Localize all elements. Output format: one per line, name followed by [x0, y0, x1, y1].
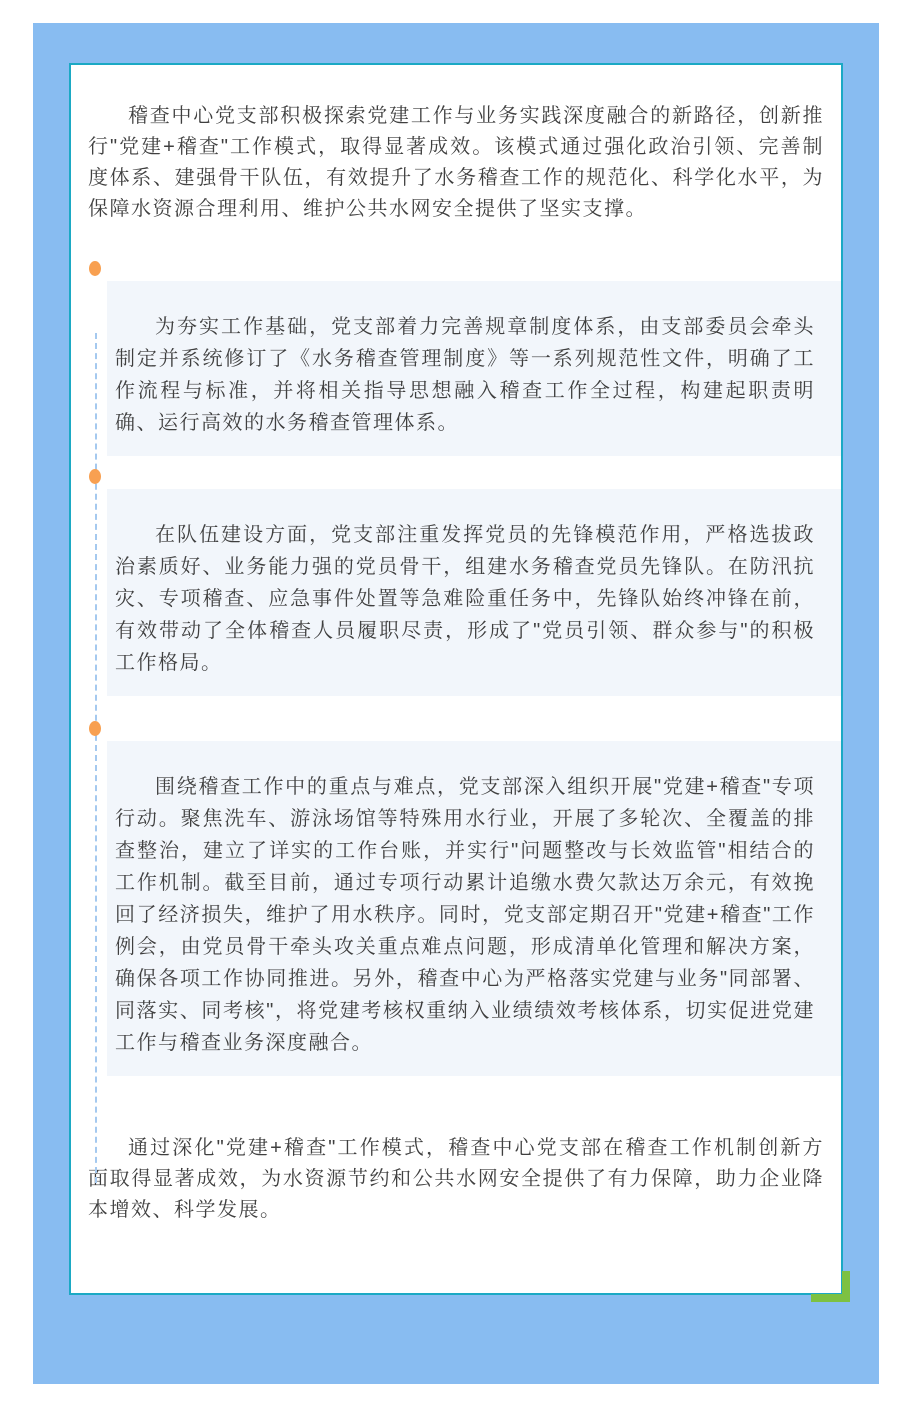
timeline-section: 为夯实工作基础，党支部着力完善规章制度体系，由支部委员会牵头制定并系统修订了《水… [71, 281, 841, 456]
conclusion-paragraph: 通过深化"党建+稽查"工作模式，稽查中心党支部在稽查工作机制创新方面取得显著成效… [88, 1133, 824, 1226]
corner-accent-icon [811, 1271, 850, 1302]
timeline-section: 在队伍建设方面，党支部注重发挥党员的先锋模范作用，严格选拔政治素质好、业务能力强… [71, 489, 841, 696]
highlight-block: 围绕稽查工作中的重点与难点，党支部深入组织开展"党建+稽查"专项行动。聚焦洗车、… [107, 741, 841, 1076]
timeline-dot-icon [89, 469, 101, 484]
timeline-dot-icon [89, 721, 101, 736]
highlight-block: 为夯实工作基础，党支部着力完善规章制度体系，由支部委员会牵头制定并系统修订了《水… [107, 281, 841, 456]
article-card: 稽查中心党支部积极探索党建工作与业务实践深度融合的新路径，创新推行"党建+稽查"… [69, 63, 843, 1295]
highlight-block: 在队伍建设方面，党支部注重发挥党员的先锋模范作用，严格选拔政治素质好、业务能力强… [107, 489, 841, 696]
intro-paragraph: 稽查中心党支部积极探索党建工作与业务实践深度融合的新路径，创新推行"党建+稽查"… [88, 65, 824, 225]
timeline-section: 围绕稽查工作中的重点与难点，党支部深入组织开展"党建+稽查"专项行动。聚焦洗车、… [71, 741, 841, 1076]
timeline: 为夯实工作基础，党支部着力完善规章制度体系，由支部委员会牵头制定并系统修订了《水… [71, 281, 841, 1076]
timeline-dot-icon [89, 261, 101, 276]
blue-backdrop: 稽查中心党支部积极探索党建工作与业务实践深度融合的新路径，创新推行"党建+稽查"… [33, 23, 879, 1384]
